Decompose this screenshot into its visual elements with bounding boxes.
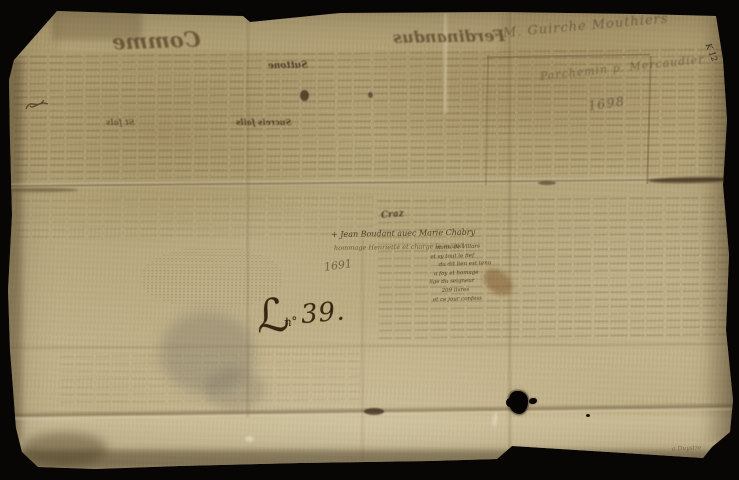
right-edge-shadow: [702, 18, 736, 442]
cote-number-39: 39.: [300, 296, 347, 330]
dark-speck-2: [368, 92, 373, 98]
mirrored-text-fragment-3: St fals: [106, 117, 134, 127]
grey-stain-bottom-left-2: [205, 368, 265, 410]
showthrough-script-middle-left-block: [16, 194, 376, 242]
ink-dot-2: [586, 414, 590, 417]
dark-stain-bottom-left-corner: [22, 432, 107, 466]
ink-squiggle-mark: [24, 92, 52, 114]
dense-note-block: mons. de Villars et sy tout le fief du d…: [425, 241, 517, 304]
dark-speck-3: [538, 181, 556, 185]
ink-scribble-fragment: Craz: [381, 209, 405, 221]
bottom-edge-shadow: [20, 450, 720, 468]
fold-crease-vertical-right: [507, 12, 513, 448]
mirrored-header-left: Comme: [112, 26, 201, 54]
left-edge-shadow: [6, 58, 22, 440]
fold-crease-dark-streak-left: [6, 188, 78, 192]
mirrored-text-fragment-2: Sucreis fails: [236, 117, 291, 127]
fold-crease-dark-notch: [364, 408, 384, 415]
mirrored-header-right: Ferdinandus: [393, 26, 505, 47]
parchment-document: Comme Ferdinandus M. Guirche Mouthiers P…: [0, 0, 739, 480]
cote-abbr-no: n°: [283, 314, 298, 329]
archive-cote-L-n-39: ℒn°39.: [254, 282, 350, 344]
dark-speck-1: [300, 90, 309, 101]
light-speck-1: [245, 436, 254, 442]
bottom-right-tiny-signature: a Duystre: [672, 444, 702, 452]
mirrored-text-fragment-1: Suttone: [268, 61, 308, 72]
fold-crease-vertical-center-faint: [360, 238, 365, 460]
photo-black-backdrop: Comme Ferdinandus M. Guirche Mouthiers P…: [0, 0, 739, 480]
ink-hole-lobe: [506, 398, 514, 407]
